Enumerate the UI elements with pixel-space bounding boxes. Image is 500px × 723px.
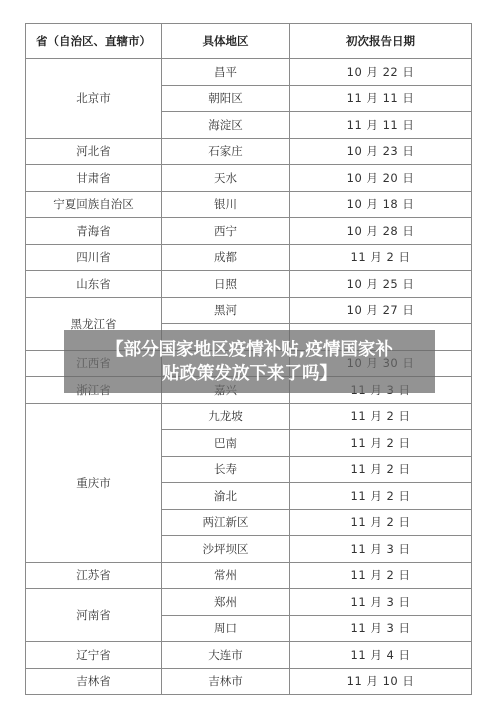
table-row: 青海省西宁10 月 28 日 <box>26 218 472 245</box>
table-row: 四川省成都11 月 2 日 <box>26 244 472 271</box>
table-row: 吉林省吉林市11 月 10 日 <box>26 668 472 695</box>
header-area: 具体地区 <box>162 24 290 59</box>
area-cell: 长寿 <box>162 456 290 483</box>
area-cell: 吉林市 <box>162 668 290 695</box>
date-cell: 11 月 11 日 <box>290 85 472 112</box>
area-cell: 九龙坡 <box>162 403 290 430</box>
area-cell: 成都 <box>162 244 290 271</box>
date-cell: 11 月 3 日 <box>290 615 472 642</box>
table-row: 辽宁省大连市11 月 4 日 <box>26 642 472 669</box>
table-row: 河北省石家庄10 月 23 日 <box>26 138 472 165</box>
headline-line-2: 贴政策发放下来了吗】 <box>106 362 393 386</box>
area-cell: 海淀区 <box>162 112 290 139</box>
date-cell: 10 月 25 日 <box>290 271 472 298</box>
date-cell: 11 月 11 日 <box>290 112 472 139</box>
date-cell: 10 月 23 日 <box>290 138 472 165</box>
area-cell: 西宁 <box>162 218 290 245</box>
table-row: 江苏省常州11 月 2 日 <box>26 562 472 589</box>
date-cell: 11 月 10 日 <box>290 668 472 695</box>
date-cell: 10 月 22 日 <box>290 59 472 86</box>
date-cell: 11 月 3 日 <box>290 589 472 616</box>
date-cell: 11 月 2 日 <box>290 244 472 271</box>
area-cell: 渝北 <box>162 483 290 510</box>
province-cell: 吉林省 <box>26 668 162 695</box>
area-cell: 银川 <box>162 191 290 218</box>
date-cell: 10 月 18 日 <box>290 191 472 218</box>
headline-overlay: 【部分国家地区疫情补贴,疫情国家补 贴政策发放下来了吗】 <box>64 330 435 393</box>
table-row: 河南省郑州11 月 3 日 <box>26 589 472 616</box>
date-cell: 11 月 2 日 <box>290 562 472 589</box>
table-row: 黑龙江省黑河10 月 27 日 <box>26 297 472 324</box>
date-cell: 11 月 2 日 <box>290 509 472 536</box>
province-cell: 四川省 <box>26 244 162 271</box>
province-cell: 北京市 <box>26 59 162 139</box>
date-cell: 11 月 4 日 <box>290 642 472 669</box>
area-cell: 昌平 <box>162 59 290 86</box>
area-cell: 朝阳区 <box>162 85 290 112</box>
header-first-report-date: 初次报告日期 <box>290 24 472 59</box>
date-cell: 11 月 2 日 <box>290 456 472 483</box>
province-cell: 辽宁省 <box>26 642 162 669</box>
province-cell: 宁夏回族自治区 <box>26 191 162 218</box>
area-cell: 天水 <box>162 165 290 192</box>
area-cell: 沙坪坝区 <box>162 536 290 563</box>
headline-line-1: 【部分国家地区疫情补贴,疫情国家补 <box>106 338 393 362</box>
area-cell: 周口 <box>162 615 290 642</box>
area-cell: 郑州 <box>162 589 290 616</box>
date-cell: 11 月 2 日 <box>290 403 472 430</box>
province-cell: 山东省 <box>26 271 162 298</box>
province-cell: 重庆市 <box>26 403 162 562</box>
province-cell: 江苏省 <box>26 562 162 589</box>
area-cell: 常州 <box>162 562 290 589</box>
table-row: 甘肃省天水10 月 20 日 <box>26 165 472 192</box>
date-cell: 11 月 3 日 <box>290 536 472 563</box>
table-row: 重庆市九龙坡11 月 2 日 <box>26 403 472 430</box>
date-cell: 11 月 2 日 <box>290 430 472 457</box>
province-cell: 河南省 <box>26 589 162 642</box>
date-cell: 10 月 27 日 <box>290 297 472 324</box>
area-cell: 日照 <box>162 271 290 298</box>
area-cell: 黑河 <box>162 297 290 324</box>
table-row: 北京市昌平10 月 22 日 <box>26 59 472 86</box>
area-cell: 大连市 <box>162 642 290 669</box>
province-cell: 河北省 <box>26 138 162 165</box>
area-cell: 两江新区 <box>162 509 290 536</box>
date-cell: 10 月 28 日 <box>290 218 472 245</box>
table-row: 山东省日照10 月 25 日 <box>26 271 472 298</box>
date-cell: 10 月 20 日 <box>290 165 472 192</box>
table-row: 宁夏回族自治区银川10 月 18 日 <box>26 191 472 218</box>
area-cell: 巴南 <box>162 430 290 457</box>
date-cell: 11 月 2 日 <box>290 483 472 510</box>
header-province: 省（自治区、直辖市） <box>26 24 162 59</box>
province-cell: 甘肃省 <box>26 165 162 192</box>
table-header-row: 省（自治区、直辖市） 具体地区 初次报告日期 <box>26 24 472 59</box>
area-cell: 石家庄 <box>162 138 290 165</box>
province-cell: 青海省 <box>26 218 162 245</box>
